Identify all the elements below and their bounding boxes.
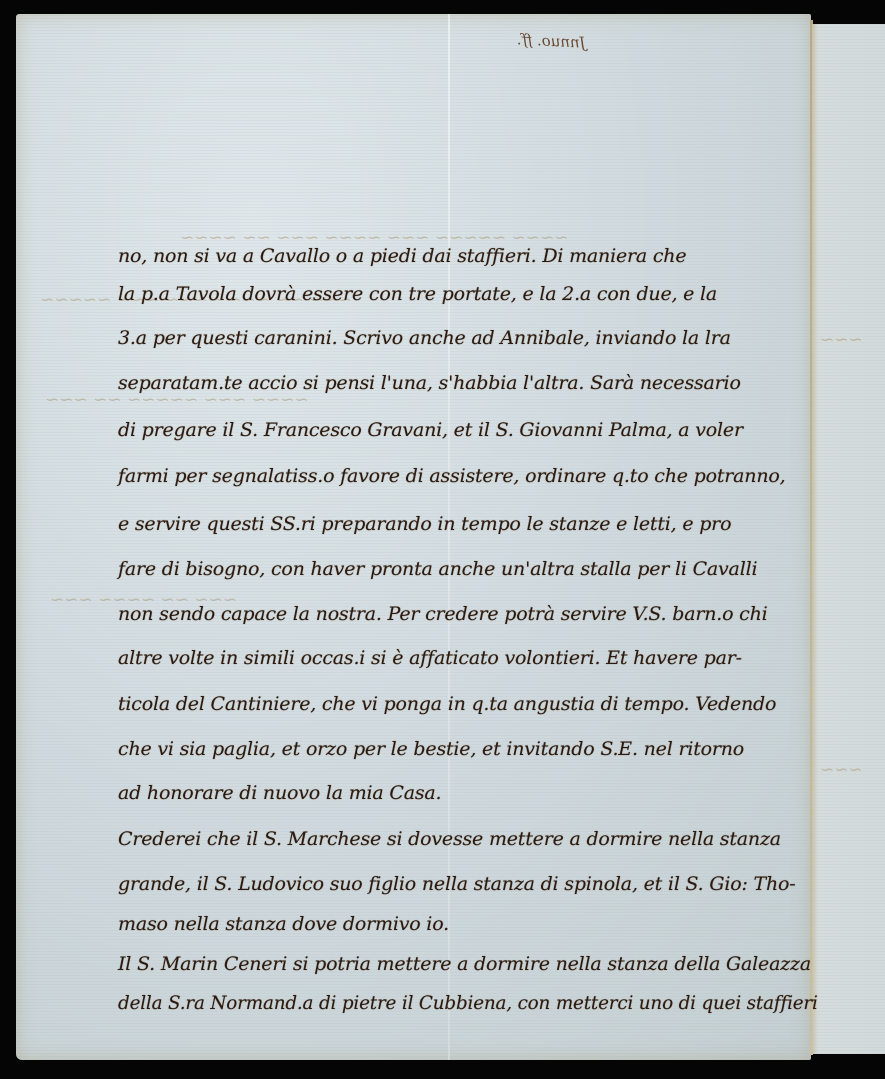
adjacent-leaf-edge	[812, 24, 885, 1054]
text-line: 3.a per questi caranini. Scrivo anche ad…	[118, 327, 731, 349]
bleed-through-text: ~~~	[820, 330, 863, 350]
text-line: Crederei che il S. Marchese si dovesse m…	[118, 828, 781, 850]
text-line: farmi per segnalatiss.o favore di assist…	[118, 465, 785, 487]
archive-annotation: Jnnuo. ff.	[517, 30, 587, 52]
text-line: e servire questi SS.ri preparando in tem…	[118, 513, 731, 535]
text-line: maso nella stanza dove dormivo io.	[118, 913, 449, 935]
paper-fold-crease	[448, 14, 450, 1060]
text-line: fare di bisogno, con haver pronta anche …	[118, 558, 757, 580]
text-line: no, non si va a Cavallo o a piedi dai st…	[118, 245, 686, 267]
text-line: non sendo capace la nostra. Per credere …	[118, 603, 768, 625]
text-line: la p.a Tavola dovrà essere con tre porta…	[118, 283, 717, 305]
text-line: di pregare il S. Francesco Gravani, et i…	[118, 419, 743, 441]
text-line: altre volte in simili occas.i si è affat…	[118, 647, 742, 669]
text-line: della S.ra Normand.a di pietre il Cubbie…	[118, 992, 818, 1014]
text-line: che vi sia paglia, et orzo per le bestie…	[118, 738, 744, 760]
text-line: ad honorare di nuovo la mia Casa.	[118, 782, 441, 804]
text-line: grande, il S. Ludovico suo figlio nella …	[118, 873, 795, 895]
text-line: separatam.te accio si pensi l'una, s'hab…	[118, 372, 741, 394]
text-line: ticola del Cantiniere, che vi ponga in q…	[118, 693, 776, 715]
text-line: Il S. Marin Ceneri si potria mettere a d…	[118, 953, 811, 975]
manuscript-leaf	[16, 14, 811, 1060]
bleed-through-text: ~~~	[820, 760, 863, 780]
